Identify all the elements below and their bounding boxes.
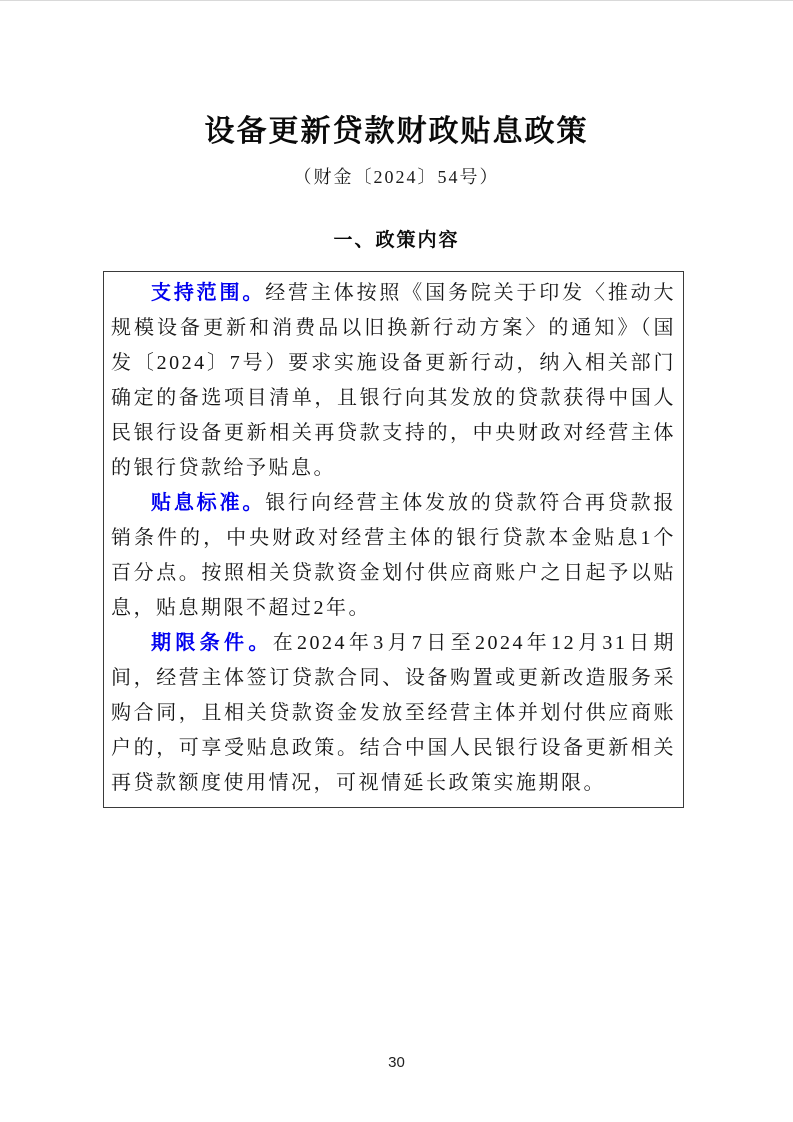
page-number: 30 [0, 1053, 793, 1073]
paragraph-time-conditions: 期限条件。在2024年3月7日至2024年12月31日期间，经营主体签订贷款合同… [111, 626, 676, 801]
document-number: （财金〔2024〕54号） [0, 165, 793, 189]
paragraph-body-support-scope: 经营主体按照《国务院关于印发〈推动大规模设备更新和消费品以旧换新行动方案〉的通知… [111, 282, 676, 479]
document-page: 设备更新贷款财政贴息政策 （财金〔2024〕54号） 一、政策内容 支持范围。经… [0, 0, 793, 1122]
paragraph-lead-support-scope: 支持范围。 [151, 282, 265, 304]
paragraph-lead-subsidy-standard: 贴息标准。 [151, 492, 265, 514]
paragraph-body-time-conditions: 在2024年3月7日至2024年12月31日期间，经营主体签订贷款合同、设备购置… [111, 632, 676, 794]
document-title: 设备更新贷款财政贴息政策 [0, 111, 793, 153]
section-heading: 一、政策内容 [0, 229, 793, 253]
paragraph-subsidy-standard: 贴息标准。银行向经营主体发放的贷款符合再贷款报销条件的，中央财政对经营主体的银行… [111, 486, 676, 626]
paragraph-support-scope: 支持范围。经营主体按照《国务院关于印发〈推动大规模设备更新和消费品以旧换新行动方… [111, 276, 676, 486]
policy-content-box: 支持范围。经营主体按照《国务院关于印发〈推动大规模设备更新和消费品以旧换新行动方… [103, 271, 684, 808]
paragraph-lead-time-conditions: 期限条件。 [151, 632, 273, 654]
